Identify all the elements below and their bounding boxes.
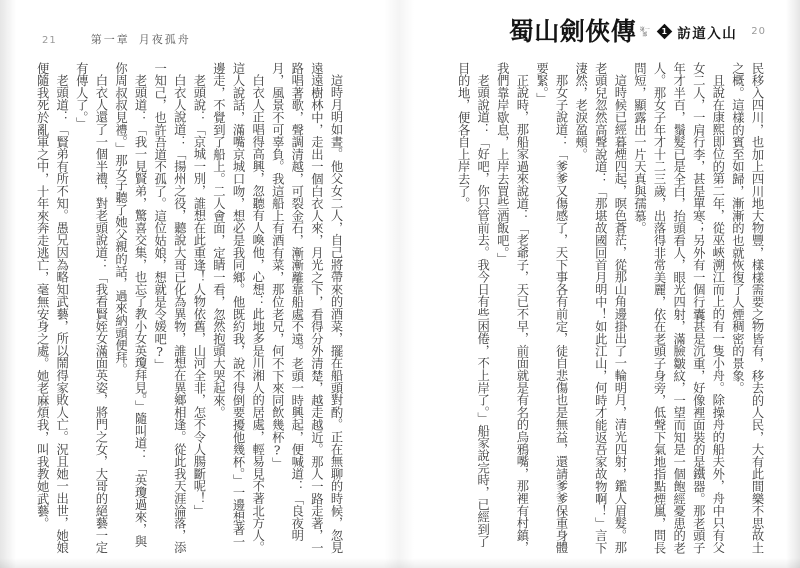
series-part-label: 第一部 [639, 28, 650, 39]
paragraph: 這時月明如晝。他父女二人，自己將帶來的酒菜，擺在船頭對酌。正在無聊的時候，忽見遠… [267, 62, 345, 554]
paragraph: 老頭道：「賢弟有所不知。愚兄因為略知武藝，所以鬧得家敗人亡。況且她一出世，她娘便… [32, 62, 71, 554]
right-page-number: 20 [751, 26, 766, 37]
paragraph: 老頭說道：「好吧，你只管前去。我今日有些困倦，不上岸了。」船家說完時，已經到了目… [453, 62, 492, 554]
series-title: 蜀山劍俠傳 [509, 19, 637, 44]
page-edge-shadow-bottom [0, 558, 800, 568]
paragraph: 老頭道：「我一見賢弟，驚喜交集，也忘了教小女英瓊拜見。」隨叫道：「英瓊過來，與你… [110, 62, 149, 554]
volume-number-badge-icon: 1 [657, 24, 673, 40]
volume-number: 1 [662, 27, 668, 35]
paragraph: 那女子說道：「爹爹又傷感了，天下事各有前定，徒自悲傷也是無益，還請爹爹保重身體要… [531, 62, 570, 554]
chapter-label: 第一章 [91, 33, 130, 46]
paragraph: 白衣人說道：「揚州之役，聽說大哥已化為異物，誰想在異鄉相逢。從此我天涯淪落，添一… [149, 62, 188, 554]
page-edge-shadow-right [786, 0, 800, 568]
chapter-heading: 第一章月夜孤舟 [91, 31, 191, 47]
paragraph: 正說時，那船家過來說道：「老爺子，天已不早，前面就是有名的烏鴉嘴，那裡有村鎮，我… [492, 62, 531, 554]
paragraph: 白衣人還了一個半禮，對老頭說道：「我看賢姪女滿面英姿，將門之女，大哥的絕藝一定有… [71, 62, 110, 554]
left-page-number: 21 [42, 35, 57, 46]
paragraph: 老頭說：「京城一別，誰想在此重逢！人物依舊，山河全非，怎不令人腸斷呢！」 [188, 62, 208, 554]
paragraph: 白衣人正唱得高興，忽聽有人喚他，心想：此地多是川湘人的居處，輕易見不著北方人。這… [208, 62, 267, 554]
paragraph: 這時候已經暮煙四起，暝色蒼茫，從那山角邊掛出了一輪明月，清光四射，鑑人眉髮。那老… [570, 62, 629, 554]
paragraph: 民移入四川，也加上四川地大物豐，樣樣需要之物皆有，移去的人民，大有此間樂不思故土… [727, 62, 766, 554]
right-page-header: 蜀山劍俠傳 第一部 1 訪道入山 20 [509, 19, 766, 44]
book-spread: 21 第一章月夜孤舟 蜀山劍俠傳 第一部 1 訪道入山 20 民移入四川，也加上… [0, 0, 800, 568]
page-edge-shadow-left [0, 0, 16, 568]
volume-title: 訪道入山 [677, 22, 737, 42]
page-20-text-block: 民移入四川，也加上四川地大物豐，樣樣需要之物皆有，移去的人民，大有此間樂不思故土… [453, 62, 767, 554]
left-page-header: 21 第一章月夜孤舟 [42, 31, 191, 47]
binding-gutter [384, 0, 414, 568]
paragraph: 且說在康熙即位的第二年，從巫峽溯江而上的有一隻小舟。除操舟的船夫外，舟中只有父女… [629, 62, 727, 554]
page-21-text-block: 這時月明如晝。他父女二人，自己將帶來的酒菜，擺在船頭對酌。正在無聊的時候，忽見遠… [32, 62, 346, 554]
chapter-title: 月夜孤舟 [139, 33, 191, 46]
